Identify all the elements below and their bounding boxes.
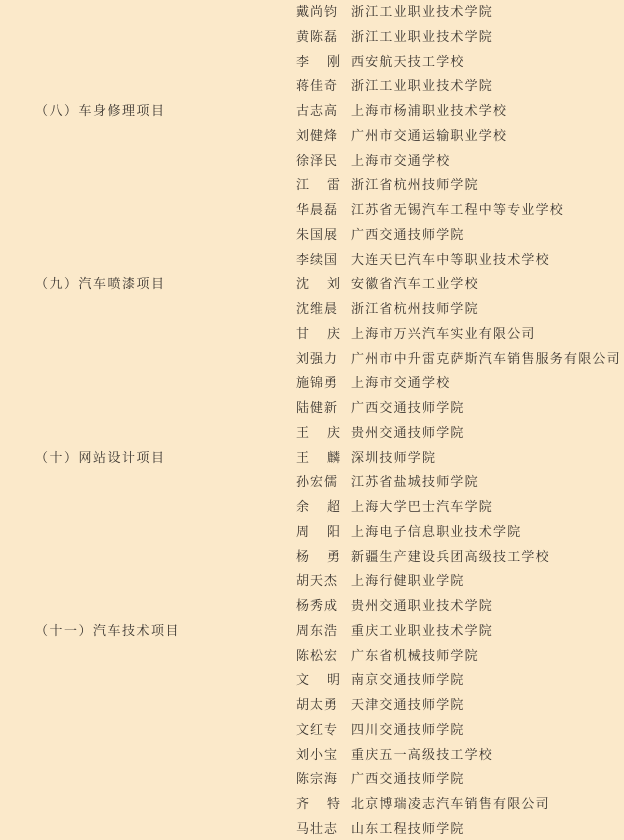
list-item: 黄陈磊浙江工业职业技术学院 (0, 26, 624, 50)
list-item: 甘庆上海市万兴汽车实业有限公司 (0, 323, 624, 347)
list-item: 杨勇新疆生产建设兵团高级技工学校 (0, 546, 624, 570)
list-item: 李续国大连天巳汽车中等职业技术学校 (0, 249, 624, 273)
school-name: 深圳技师学院 (351, 447, 436, 471)
person-name: 文红专 (296, 719, 342, 743)
person-name: 甘庆 (296, 323, 342, 347)
person-name: 余超 (296, 496, 342, 520)
person-name: 李续国 (296, 249, 342, 273)
list-item: 刘健烽广州市交通运输职业学校 (0, 125, 624, 149)
school-name: 广西交通技师学院 (351, 224, 465, 248)
person-name: 蒋佳奇 (296, 75, 342, 99)
list-item: 沈维晨浙江省杭州技师学院 (0, 298, 624, 322)
person-name: 王庆 (296, 422, 342, 446)
person-name: 李刚 (296, 51, 342, 75)
list-item: 沈刘安徽省汽车工业学校 (0, 273, 624, 297)
list-item: 陈松宏广东省机械技师学院 (0, 645, 624, 669)
school-name: 浙江省杭州技师学院 (351, 174, 479, 198)
list-item: 陈宗海广西交通技师学院 (0, 768, 624, 792)
list-item: 周阳上海电子信息职业技术学院 (0, 521, 624, 545)
person-name: 刘强力 (296, 348, 342, 372)
list-item: 刘小宝重庆五一高级技工学校 (0, 744, 624, 768)
school-name: 上海大学巴士汽车学院 (351, 496, 493, 520)
school-name: 上海市杨浦职业技术学校 (351, 100, 507, 124)
school-name: 上海市交通学校 (351, 372, 450, 396)
person-name: 齐特 (296, 793, 342, 817)
school-name: 江苏省无锡汽车工程中等专业学校 (351, 199, 564, 223)
school-name: 广东省机械技师学院 (351, 645, 479, 669)
school-name: 浙江省杭州技师学院 (351, 298, 479, 322)
list-item: 江雷浙江省杭州技师学院 (0, 174, 624, 198)
school-name: 贵州交通职业技术学院 (351, 595, 493, 619)
person-name: 陆健新 (296, 397, 342, 421)
school-name: 重庆工业职业技术学院 (351, 620, 493, 644)
list-item: 华晨磊江苏省无锡汽车工程中等专业学校 (0, 199, 624, 223)
person-name: 刘小宝 (296, 744, 342, 768)
person-name: 陈松宏 (296, 645, 342, 669)
list-item: 古志高上海市杨浦职业技术学校 (0, 100, 624, 124)
person-name: 刘健烽 (296, 125, 342, 149)
person-name: 古志高 (296, 100, 342, 124)
list-item: 马壮志山东工程技师学院 (0, 818, 624, 840)
school-name: 广西交通技师学院 (351, 768, 465, 792)
list-item: 朱国展广西交通技师学院 (0, 224, 624, 248)
school-name: 北京博瑞凌志汽车销售有限公司 (351, 793, 550, 817)
person-name: 朱国展 (296, 224, 342, 248)
person-name: 沈维晨 (296, 298, 342, 322)
list-item: 胡太勇天津交通技师学院 (0, 694, 624, 718)
person-name: 王麟 (296, 447, 342, 471)
school-name: 广州市交通运输职业学校 (351, 125, 507, 149)
list-item: 徐泽民上海市交通学校 (0, 150, 624, 174)
list-item: 齐特北京博瑞凌志汽车销售有限公司 (0, 793, 624, 817)
list-item: 文明南京交通技师学院 (0, 669, 624, 693)
school-name: 天津交通技师学院 (351, 694, 465, 718)
school-name: 贵州交通技师学院 (351, 422, 465, 446)
person-name: 戴尚钧 (296, 1, 342, 25)
award-list-page: （八）车身修理项目（九）汽车喷漆项目（十）网站设计项目（十一）汽车技术项目戴尚钧… (0, 0, 624, 840)
school-name: 浙江工业职业技术学院 (351, 1, 493, 25)
person-name: 沈刘 (296, 273, 342, 297)
person-name: 施锦勇 (296, 372, 342, 396)
school-name: 上海行健职业学院 (351, 570, 465, 594)
school-name: 上海市交通学校 (351, 150, 450, 174)
person-name: 杨勇 (296, 546, 342, 570)
school-name: 广西交通技师学院 (351, 397, 465, 421)
person-name: 马壮志 (296, 818, 342, 840)
list-item: 周东浩重庆工业职业技术学院 (0, 620, 624, 644)
person-name: 徐泽民 (296, 150, 342, 174)
school-name: 新疆生产建设兵团高级技工学校 (351, 546, 550, 570)
school-name: 浙江工业职业技术学院 (351, 26, 493, 50)
list-item: 王麟深圳技师学院 (0, 447, 624, 471)
school-name: 四川交通技师学院 (351, 719, 465, 743)
school-name: 上海市万兴汽车实业有限公司 (351, 323, 536, 347)
person-name: 杨秀成 (296, 595, 342, 619)
school-name: 江苏省盐城技师学院 (351, 471, 479, 495)
list-item: 施锦勇上海市交通学校 (0, 372, 624, 396)
list-item: 戴尚钧浙江工业职业技术学院 (0, 1, 624, 25)
person-name: 孙宏儒 (296, 471, 342, 495)
list-item: 蒋佳奇浙江工业职业技术学院 (0, 75, 624, 99)
person-name: 江雷 (296, 174, 342, 198)
person-name: 黄陈磊 (296, 26, 342, 50)
school-name: 大连天巳汽车中等职业技术学校 (351, 249, 550, 273)
list-item: 杨秀成贵州交通职业技术学院 (0, 595, 624, 619)
person-name: 周阳 (296, 521, 342, 545)
school-name: 山东工程技师学院 (351, 818, 465, 840)
person-name: 胡太勇 (296, 694, 342, 718)
school-name: 上海电子信息职业技术学院 (351, 521, 521, 545)
list-item: 文红专四川交通技师学院 (0, 719, 624, 743)
school-name: 安徽省汽车工业学校 (351, 273, 479, 297)
person-name: 陈宗海 (296, 768, 342, 792)
list-item: 李刚西安航天技工学校 (0, 51, 624, 75)
list-item: 孙宏儒江苏省盐城技师学院 (0, 471, 624, 495)
school-name: 南京交通技师学院 (351, 669, 465, 693)
school-name: 广州市中升雷克萨斯汽车销售服务有限公司 (351, 348, 621, 372)
person-name: 胡天杰 (296, 570, 342, 594)
list-item: 刘强力广州市中升雷克萨斯汽车销售服务有限公司 (0, 348, 624, 372)
list-item: 王庆贵州交通技师学院 (0, 422, 624, 446)
school-name: 西安航天技工学校 (351, 51, 465, 75)
person-name: 文明 (296, 669, 342, 693)
school-name: 浙江工业职业技术学院 (351, 75, 493, 99)
person-name: 华晨磊 (296, 199, 342, 223)
list-item: 胡天杰上海行健职业学院 (0, 570, 624, 594)
list-item: 陆健新广西交通技师学院 (0, 397, 624, 421)
list-item: 余超上海大学巴士汽车学院 (0, 496, 624, 520)
school-name: 重庆五一高级技工学校 (351, 744, 493, 768)
person-name: 周东浩 (296, 620, 342, 644)
